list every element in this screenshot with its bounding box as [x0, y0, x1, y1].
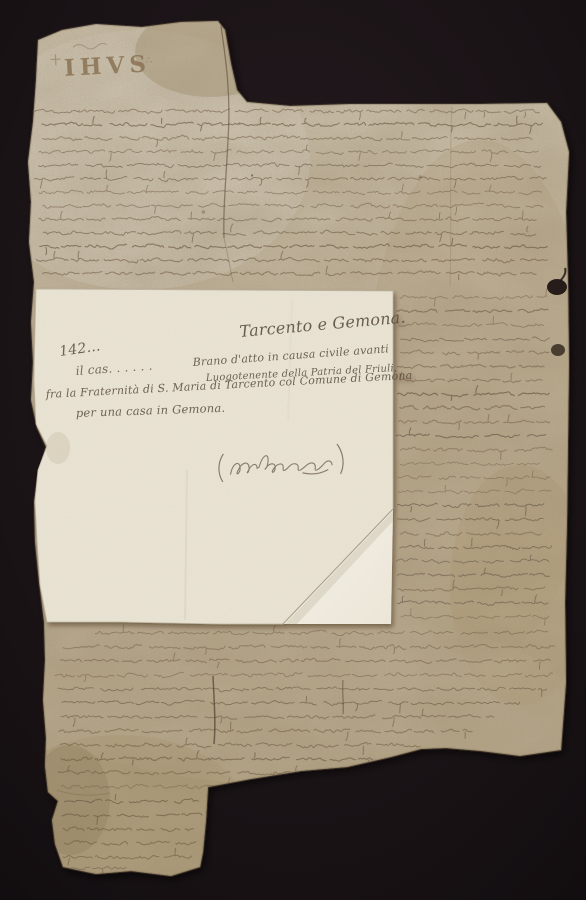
ink-blot — [547, 279, 567, 295]
document-photo: IHVS ∴ — [0, 0, 586, 900]
note-stain — [46, 432, 70, 464]
parchment-speck — [419, 175, 423, 179]
parchment-speck — [202, 210, 206, 214]
ihus-dots: ∴ — [146, 55, 153, 66]
ink-blot — [551, 344, 565, 356]
ihus-text: IHVS — [63, 50, 151, 82]
archival-note: Tarcento e Gemona. 142... il cas. . . . … — [30, 285, 413, 630]
parchment-tear — [343, 680, 344, 714]
parchment-speck — [251, 174, 253, 176]
photo-stage: IHVS ∴ — [0, 0, 586, 900]
